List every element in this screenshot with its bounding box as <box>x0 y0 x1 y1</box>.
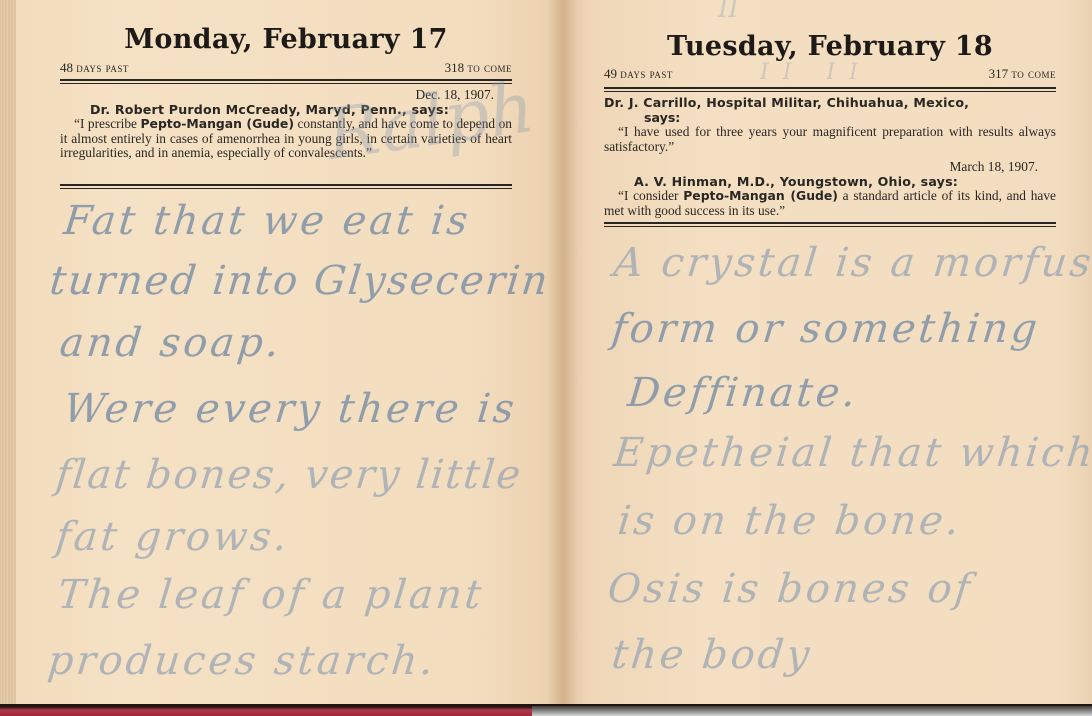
handwritten-line: is on the bone. <box>616 498 964 544</box>
handwritten-line: form or something <box>610 306 1043 352</box>
handwritten-line: turned into Glysecerin <box>48 258 552 304</box>
testimonial-author: Dr. J. Carrillo, Hospital Militar, Chihu… <box>604 96 1056 111</box>
page-edges <box>0 0 16 704</box>
right-days-to-come: 317 to come <box>989 66 1056 82</box>
right-day-counters: 49 days past 317 to come <box>604 66 1056 82</box>
handwritten-line: The leaf of a plant <box>56 572 487 618</box>
right-testimonial-rule <box>604 222 1056 227</box>
left-page: Monday, February 17 48 days past 318 to … <box>58 0 514 704</box>
right-days-past: 49 days past <box>604 66 673 82</box>
brand-name: Pepto-Mangan (Gude) <box>683 188 838 203</box>
testimonial-date: March 18, 1907. <box>604 160 1056 175</box>
book-cover-edge <box>0 704 1092 716</box>
handwritten-line: fat grows. <box>54 514 293 560</box>
left-testimonial-rule <box>60 184 512 189</box>
left-day-title: Monday, February 17 <box>58 24 514 55</box>
right-testimonial-2: March 18, 1907. A. V. Hinman, M.D., Youn… <box>604 160 1056 218</box>
left-day-counters: 48 days past 318 to come <box>60 60 512 76</box>
right-day-title: Tuesday, February 18 <box>602 31 1058 62</box>
handwritten-line: flat bones, very little <box>54 452 525 498</box>
book-gutter <box>548 0 578 704</box>
right-testimonial-1: Dr. J. Carrillo, Hospital Militar, Chihu… <box>604 96 1056 154</box>
handwritten-line: the body <box>610 632 815 678</box>
handwritten-line: Osis is bones of <box>606 566 975 612</box>
testimonial-quote: “I consider Pepto-Mangan (Gude) a standa… <box>604 189 1056 218</box>
handwritten-line: Epetheial that which <box>612 430 1092 476</box>
testimonial-author: A. V. Hinman, M.D., Youngstown, Ohio, sa… <box>604 175 1056 190</box>
right-page: II Tuesday, February 18 II II 49 days pa… <box>602 0 1058 704</box>
handwritten-line: Fat that we eat is <box>62 198 473 244</box>
brand-name: Pepto-Mangan (Gude) <box>140 116 294 131</box>
testimonial-quote: “I have used for three years your magnif… <box>604 125 1056 154</box>
pencil-mark-roman-numeral: II <box>718 0 739 24</box>
diary-spread: Monday, February 17 48 days past 318 to … <box>0 0 1092 708</box>
left-days-past: 48 days past <box>60 60 129 76</box>
handwritten-line: produces starch. <box>46 638 439 684</box>
handwritten-line: Were every there is <box>62 386 520 432</box>
handwritten-line: Deffinate. <box>626 370 861 416</box>
handwritten-line: and soap. <box>58 320 285 366</box>
right-header-rule <box>604 87 1056 92</box>
handwritten-line: A crystal is a morfus <box>612 240 1092 286</box>
